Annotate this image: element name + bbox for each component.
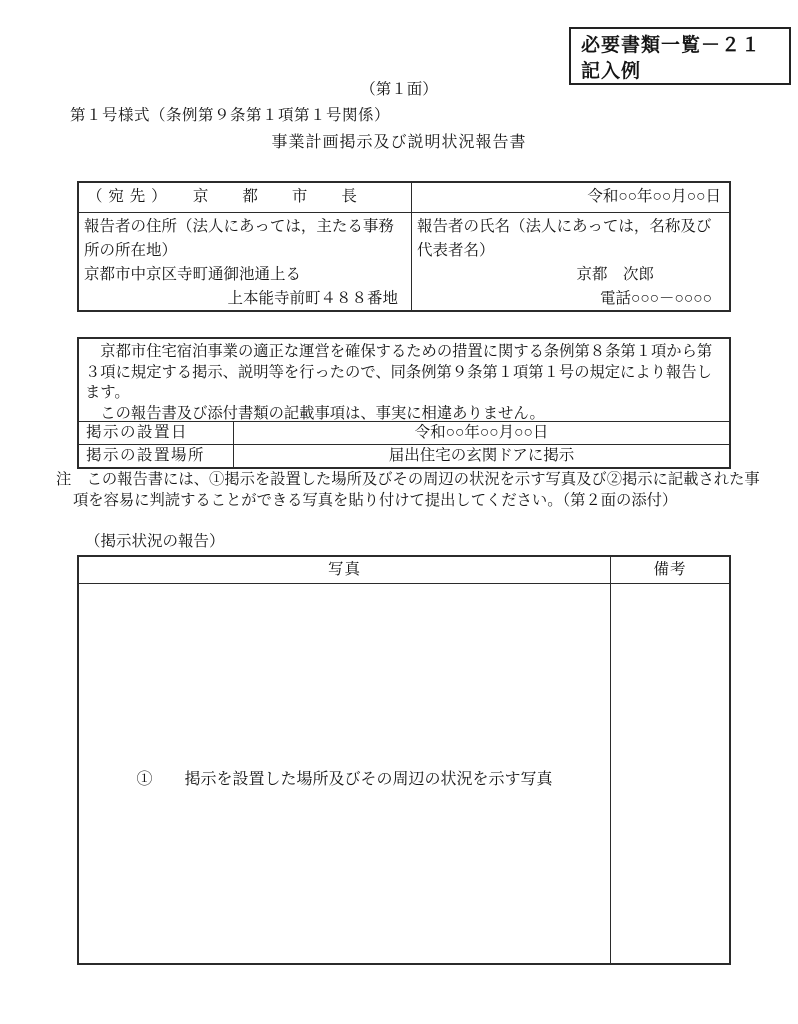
photo-table: 写真 備考 ① 掲示を設置した場所及びその周辺の状況を示す写真 bbox=[77, 555, 731, 965]
report-date: 令和○○年○○月○○日 bbox=[412, 183, 729, 212]
note-text: 注 この報告書には、①掲示を設置した場所及びその周辺の状況を示す写真及び②掲示に… bbox=[56, 470, 763, 511]
statement-paragraphs: 京都市住宅宿泊事業の適正な運営を確保するための措置に関する条例第８条第１項から第… bbox=[79, 339, 729, 422]
photo-table-body: ① 掲示を設置した場所及びその周辺の状況を示す写真 bbox=[79, 584, 729, 963]
reporter-name-value: 京都 次郎 bbox=[417, 263, 724, 287]
reporter-address-line1: 京都市中京区寺町通御池通上る bbox=[84, 263, 406, 287]
photo-column-header: 写真 bbox=[79, 557, 611, 583]
remarks-cell bbox=[611, 584, 729, 963]
addressee-row: （ 宛 先 ） 京 都 市 長 令和○○年○○月○○日 bbox=[79, 183, 729, 213]
document-title: 事業計画掲示及び説明状況報告書 bbox=[0, 129, 798, 152]
remarks-column-header: 備考 bbox=[611, 557, 729, 583]
posting-date-label: 掲示の設置日 bbox=[79, 422, 234, 444]
reporter-name-label: 報告者の氏名（法人にあっては，名称及び代表者名） bbox=[417, 215, 724, 263]
addressee-table: （ 宛 先 ） 京 都 市 長 令和○○年○○月○○日 報告者の住所（法人にあっ… bbox=[77, 181, 731, 312]
form-number: 第１号様式（条例第９条第１項第１号関係） bbox=[70, 103, 390, 125]
posting-date-row: 掲示の設置日 令和○○年○○月○○日 bbox=[79, 422, 729, 444]
reporter-address-cell: 報告者の住所（法人にあっては，主たる事務所の所在地） 京都市中京区寺町通御池通上… bbox=[79, 213, 412, 310]
posting-date-value: 令和○○年○○月○○日 bbox=[234, 422, 729, 444]
reporter-name-cell: 報告者の氏名（法人にあっては，名称及び代表者名） 京都 次郎 電話○○○－○○○… bbox=[412, 213, 729, 310]
statement-paragraph-1: 京都市住宅宿泊事業の適正な運営を確保するための措置に関する条例第８条第１項から第… bbox=[85, 343, 712, 401]
posting-place-row: 掲示の設置場所 届出住宅の玄関ドアに掲示 bbox=[79, 444, 729, 467]
photo-caption: ① 掲示を設置した場所及びその周辺の状況を示す写真 bbox=[79, 766, 610, 789]
page-face-label: （第１面） bbox=[0, 77, 798, 99]
reference-line1: 必要書類一覧－２１ bbox=[581, 33, 779, 59]
document-page: 必要書類一覧－２１ 記入例 （第１面） 第１号様式（条例第９条第１項第１号関係）… bbox=[0, 0, 798, 1024]
reporter-phone-value: 電話○○○－○○○○ bbox=[417, 287, 724, 311]
photo-table-header: 写真 備考 bbox=[79, 557, 729, 584]
statement-paragraph-2: この報告書及び添付書類の記載事項は、事実に相違ありません。 bbox=[85, 404, 723, 423]
reporter-address-label: 報告者の住所（法人にあっては，主たる事務所の所在地） bbox=[84, 215, 406, 263]
photo-section-label: （掲示状況の報告） bbox=[85, 529, 225, 551]
posting-place-label: 掲示の設置場所 bbox=[79, 445, 234, 467]
photo-cell: ① 掲示を設置した場所及びその周辺の状況を示す写真 bbox=[79, 584, 611, 963]
posting-place-value: 届出住宅の玄関ドアに掲示 bbox=[234, 445, 729, 467]
addressee-cell: （ 宛 先 ） 京 都 市 長 bbox=[79, 183, 412, 212]
reporter-row: 報告者の住所（法人にあっては，主たる事務所の所在地） 京都市中京区寺町通御池通上… bbox=[79, 213, 729, 310]
reporter-address-line2: 上本能寺前町４８８番地 bbox=[84, 287, 406, 311]
statement-table: 京都市住宅宿泊事業の適正な運営を確保するための措置に関する条例第８条第１項から第… bbox=[77, 337, 731, 469]
